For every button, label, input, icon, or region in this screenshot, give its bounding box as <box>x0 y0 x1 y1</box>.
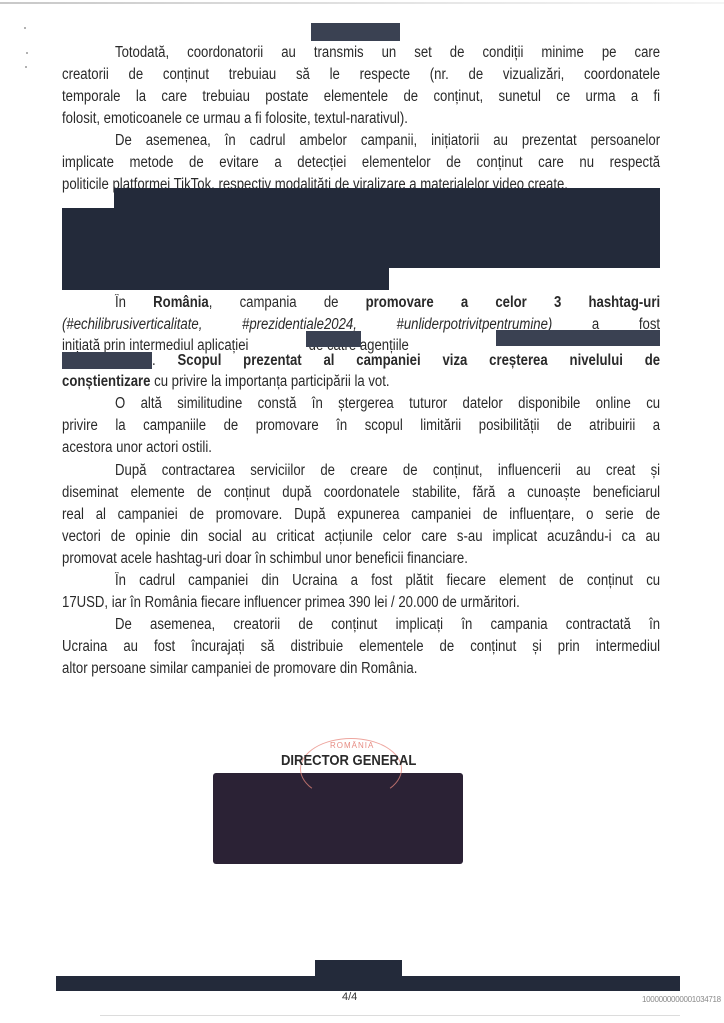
margin-mark <box>24 27 26 29</box>
paragraph-1-line-4: folosit, emoticoanele ce urmau a fi folo… <box>62 108 576 129</box>
paragraph-1-line-1: Totodată, coordonatorii au transmis un s… <box>115 42 584 63</box>
paragraph-6-line-2: 17USD, iar în România fiecare influencer… <box>62 592 576 613</box>
paragraph-5-line-4: vectori de opinie din social au criticat… <box>62 526 576 547</box>
paragraph-1-line-2: creatorii de conținut trebuiau să le res… <box>62 64 576 85</box>
paragraph-1-line-3: temporale la care trebuiau postate eleme… <box>62 86 576 107</box>
paragraph-7-line-1: De asemenea, creatorii de conținut impli… <box>115 614 584 635</box>
redaction-agencies <box>496 330 660 346</box>
redaction-block <box>62 208 389 290</box>
document-id: 1000000000001034718 <box>642 995 721 1004</box>
scan-edge-top <box>0 2 724 4</box>
paragraph-5-line-3: real al campaniei de promovare. După exp… <box>62 504 576 525</box>
paragraph-4-line-2: privire la campaniile de promovare în sc… <box>62 415 576 436</box>
paragraph-7-line-3: altor persoane similar campaniei de prom… <box>62 658 576 679</box>
paragraph-4-line-3: acestora unor actori ostili. <box>62 437 576 458</box>
paragraph-2-line-1: De asemenea, în cadrul ambelor campanii,… <box>115 130 584 151</box>
paragraph-3-line-5: conștientizare cu privire la importanța … <box>62 371 576 392</box>
redaction-footer-bar <box>56 976 680 991</box>
redaction-header <box>311 23 400 41</box>
paragraph-3-line-4: . Scopul prezentat al campaniei viza cre… <box>152 350 589 371</box>
redaction-agencies-cont <box>62 352 152 369</box>
redaction-app-name <box>306 331 361 347</box>
paragraph-5-line-5: promovat acele hashtag-uri doar în schim… <box>62 548 576 569</box>
page-number: 4/4 <box>342 991 357 1003</box>
margin-mark <box>25 66 27 68</box>
margin-mark <box>26 52 28 54</box>
paragraph-2-line-2: implicate metode de evitare a detecției … <box>62 152 576 173</box>
stamp-text: ROMÂNIA <box>330 741 374 750</box>
redaction-footer-tab <box>315 960 402 977</box>
paragraph-3-line-1: În România, campania de promovare a celo… <box>115 292 584 313</box>
paragraph-6-line-1: În cadrul campaniei din Ucraina a fost p… <box>115 570 584 591</box>
paragraph-5-line-2: diseminat elemente de conținut după coor… <box>62 482 576 503</box>
paragraph-4-line-1: O altă similitudine constă în ștergerea … <box>115 393 584 414</box>
signatory-title: DIRECTOR GENERAL <box>281 753 416 769</box>
paragraph-5-line-1: După contractarea serviciilor de creare … <box>115 460 584 481</box>
scan-edge-bottom <box>100 1015 680 1016</box>
paragraph-7-line-2: Ucraina au fost încurajați să distribuie… <box>62 636 576 657</box>
